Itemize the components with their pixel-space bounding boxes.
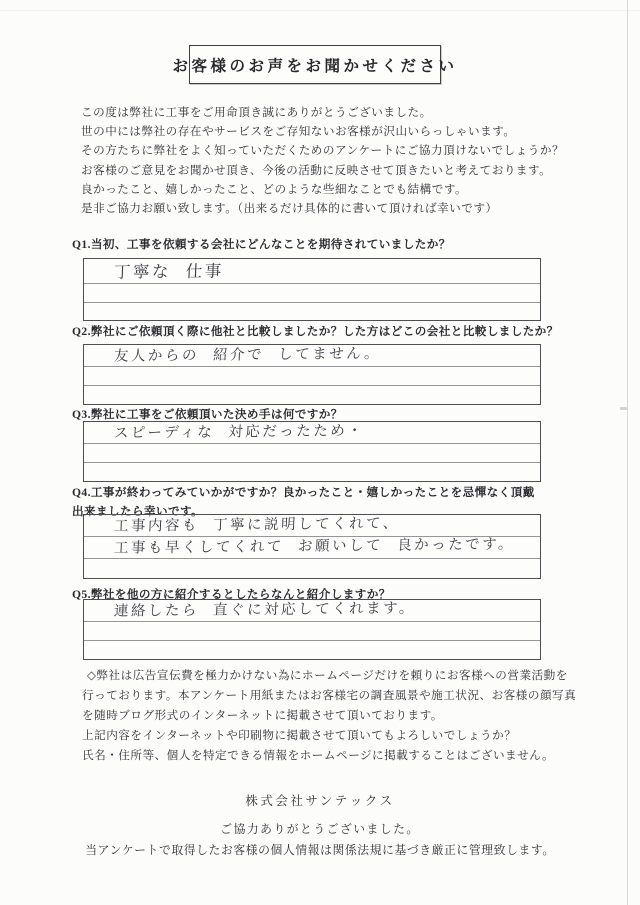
question-2-answer-box: 友人からの 紹介で してません。: [83, 344, 541, 405]
footer-note-line: 氏名・住所等、個人を特定できる情報をホームページに掲載することはございません。: [82, 746, 582, 766]
question-3-answer-box: スピーディな 対応だったため・: [83, 421, 541, 482]
answer-row: 連絡したら 直ぐに対応してくれます。: [84, 600, 540, 622]
survey-page: お客様のお声をお聞かせください この度は弊社に工事をご用命頂き誠にありがとうござ…: [0, 0, 640, 905]
answer-row: [84, 386, 540, 404]
question-2-label: Q2.弊社にご依頼頂く際に他社と比較しましたか？した方はどこの会社と比較しました…: [72, 323, 572, 342]
answer-row: [84, 284, 540, 303]
page-title: お客様のお声をお聞かせください: [173, 54, 458, 76]
handwritten-answer: 連絡したら 直ぐに対応してくれます。: [84, 597, 417, 621]
question-4-answer-box: 工事内容も 丁寧に説明してくれて、 工事も早くしてくれて お願いして 良かったで…: [83, 514, 541, 579]
intro-paragraph: この度は弊社に工事をご用命頂き誠にありがとうございました。 世の中には弊社の存在…: [81, 103, 586, 218]
scan-top-edge-artifact: [0, 10, 640, 11]
answer-row: [84, 444, 540, 463]
intro-line: 良かったこと、嬉しかったこと、どのような些細なことでも結構です。: [81, 180, 586, 199]
handwritten-answer: 丁寧な 仕事: [83, 258, 224, 283]
question-5-answer-box: 連絡したら 直ぐに対応してくれます。: [83, 599, 541, 660]
answer-row: [84, 463, 540, 481]
answer-row: [84, 559, 540, 578]
footer-note: ◇弊社は広告宣伝費を極力かけない為にホームページだけを頼りにお客様への営業活動を…: [82, 666, 582, 766]
answer-row: 丁寧な 仕事: [84, 259, 540, 284]
answer-row: スピーディな 対応だったため・: [84, 422, 540, 444]
footer-note-line: ◇弊社は広告宣伝費を極力かけない為にホームページだけを頼りにお客様への営業活動を: [82, 666, 582, 686]
handwritten-answer: 工事も早くしてくれて お願いして 良かったです。: [84, 532, 516, 558]
footer-note-line: を随時ブログ形式のインターネットに掲載させて頂いております。: [82, 706, 582, 726]
thanks-text: ご協力ありがとうございました。: [0, 820, 640, 837]
footer-note-line: 上記内容をインターネットや印刷物に掲載させて頂いてもよろしいでしょうか？: [82, 726, 582, 746]
question-1-answer-box: 丁寧な 仕事: [83, 258, 541, 321]
handwritten-answer: スピーディな 対応だったため・: [84, 419, 365, 443]
privacy-text: 当アンケートで取得したお客様の個人情報は関係法規に基づき厳正に管理致します。: [0, 841, 640, 858]
answer-row: 友人からの 紹介で してません。: [84, 345, 540, 367]
company-name: 株式会社サンテックス: [0, 791, 640, 809]
intro-line: その方たちに弊社をよく知っていただくためのアンケートにご協力頂けないでしょうか？: [81, 141, 586, 160]
answer-row: [84, 367, 540, 386]
answer-row: 工事も早くしてくれて お願いして 良かったです。: [84, 537, 540, 559]
title-box: お客様のお声をお聞かせください: [189, 45, 441, 84]
intro-line: 是非ご協力お願い致します。（出来るだけ具体的に書いて頂ければ幸いです）: [81, 199, 586, 218]
footer-note-line: 行っております。本アンケート用紙またはお客様宅の調査風景や施工状況、お客様の顔写…: [82, 686, 582, 706]
intro-line: 世の中には弊社の存在やサービスをご存知ないお客様が沢山いらっしゃいます。: [81, 122, 586, 141]
answer-row: [84, 641, 540, 659]
scan-right-edge-artifact: [627, 0, 628, 905]
answer-row: [84, 622, 540, 641]
answer-row: [84, 303, 540, 321]
handwritten-answer: 友人からの 紹介で してません。: [84, 342, 382, 366]
handwritten-answer: 工事内容も 丁寧に説明してくれて、: [84, 512, 401, 536]
intro-line: この度は弊社に工事をご用命頂き誠にありがとうございました。: [81, 103, 586, 122]
scan-dot-artifact: [620, 407, 627, 410]
intro-line: お客様のご意見をお聞かせ頂き、今後の活動に反映させて頂きたいと考えております。: [81, 161, 586, 180]
question-1-label: Q1.当初、工事を依頼する会社にどんなことを期待されていましたか？: [72, 236, 572, 255]
